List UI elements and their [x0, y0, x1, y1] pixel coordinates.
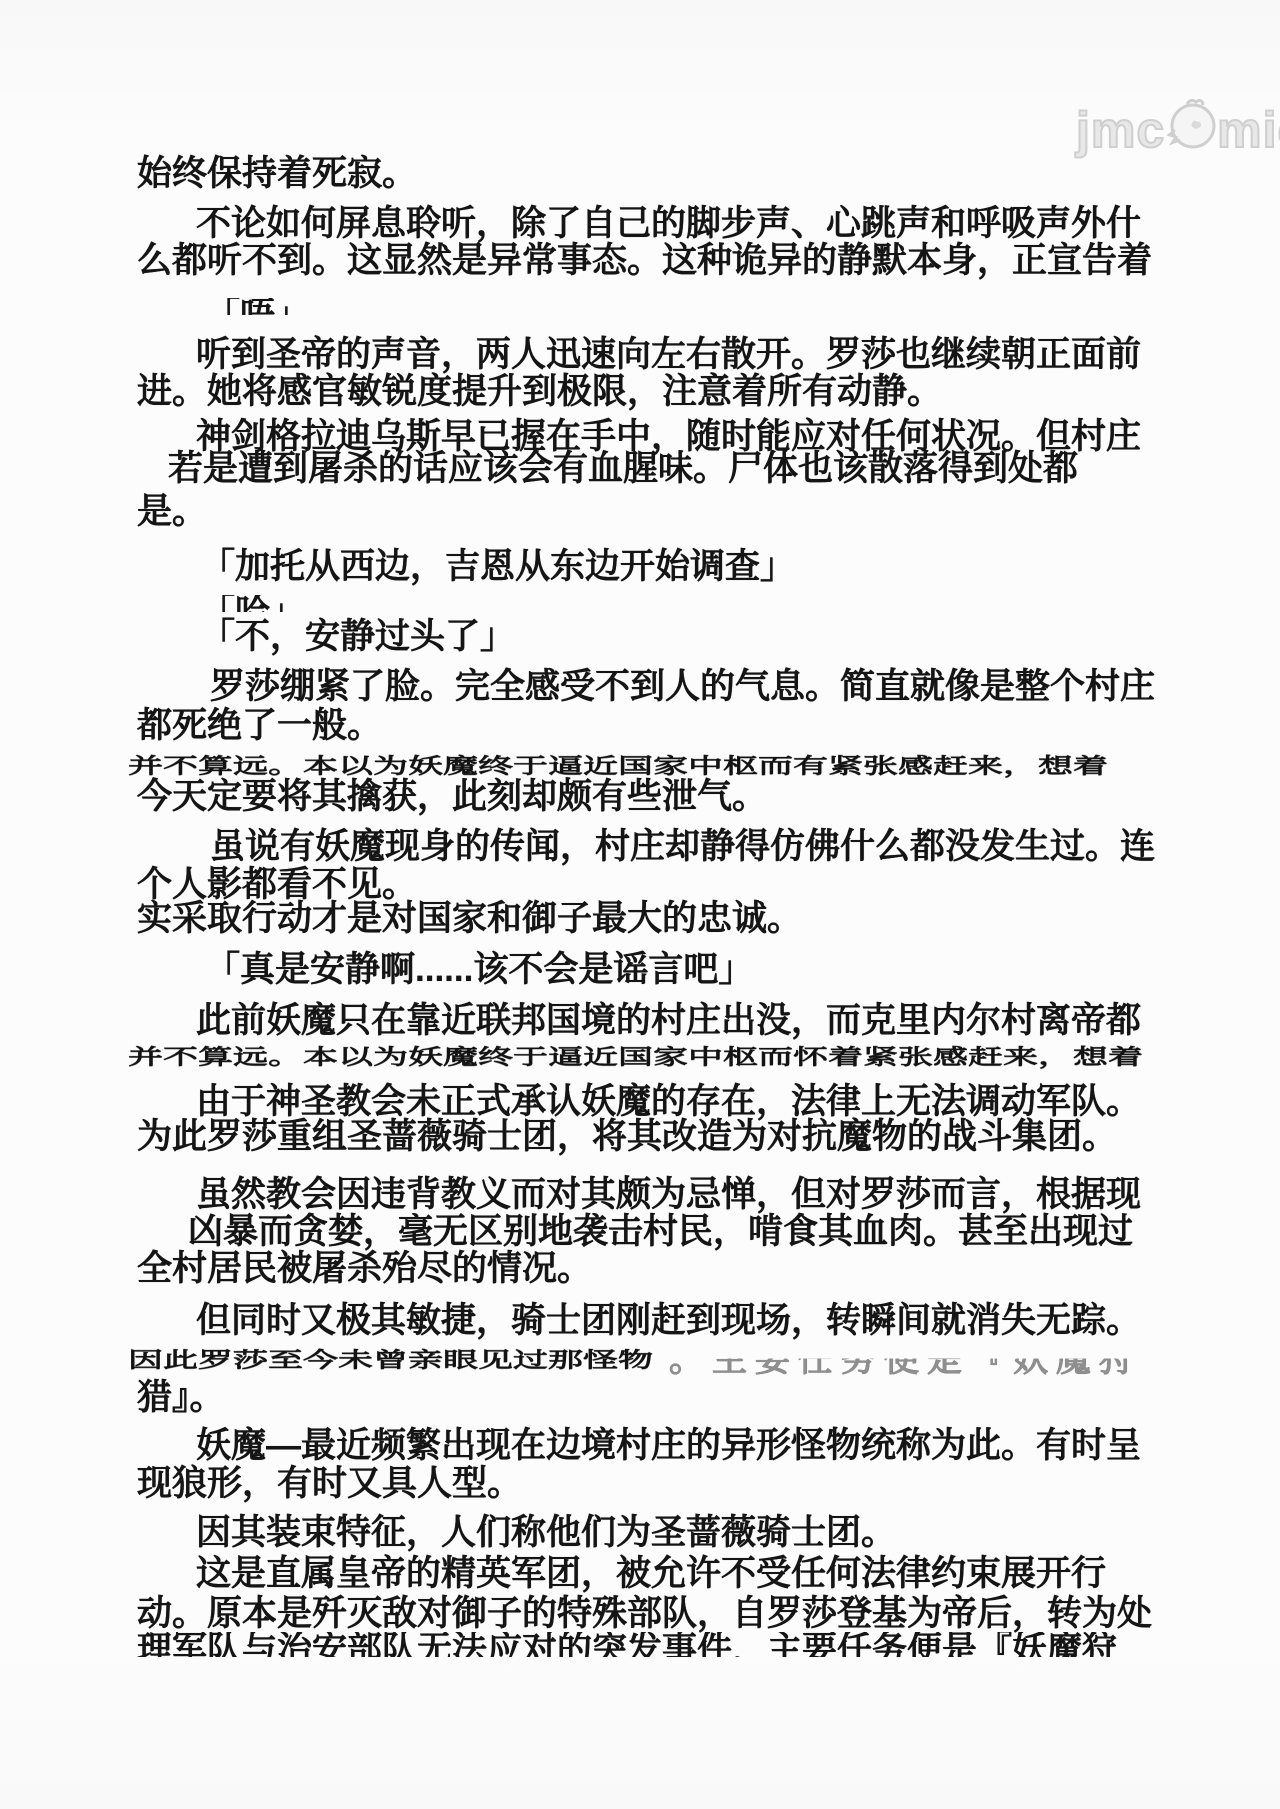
text-line: 但同时又极其敏捷，骑士团刚赶到现场，转瞬间就消失无踪。 [196, 1303, 1141, 1338]
text-line: 「唔」 [205, 298, 310, 315]
text-line: 并不算远。本以为妖魔终于逼近国家中枢而怀着紧张感赶来，想着 [128, 1039, 1143, 1074]
text-line: 动。原本是歼灭敌对御子的特殊部队，自罗莎登基为帝后，转为处 [137, 1596, 1152, 1631]
text-line: 凶暴而贪婪，毫无区别地袭击村民，啃食其血肉。甚至出现过 [188, 1214, 1133, 1249]
text-line: 因此罗莎至今未曾亲眼见过那怪物。主要任务便是『妖魔狩 [128, 1342, 1142, 1377]
text-line: 猎』。 [137, 1380, 225, 1415]
text-line: 虽然教会因违背教义而对其颇为忌惮，但对罗莎而言，根据现 [196, 1177, 1141, 1212]
text-line: 实采取行动才是对国家和御子最大的忠诚。 [137, 901, 802, 936]
text-line: 因其装束特征，人们称他们为圣蔷薇骑士团。 [196, 1515, 896, 1550]
text-line: 若是遭到屠杀的话应该会有血腥味。尸体也该散落得到处都 [168, 451, 1078, 486]
text-line: 现狼形，有时又具人型。 [137, 1466, 522, 1501]
text-line: 是。 [137, 494, 207, 529]
text-line: 全村居民被屠杀殆尽的情况。 [137, 1251, 592, 1286]
text-line: 「加托从西边，吉恩从东边开始调查」 [200, 549, 795, 584]
text-line: 理军队与治安部队无法应对的突发事件，主要任务便是『妖魔狩 [137, 1632, 1117, 1657]
text-line: 由于神圣教会未正式承认妖魔的存在，法律上无法调动军队。 [196, 1084, 1141, 1119]
text-line: 听到圣帝的声音，两人迅速向左右散开。罗莎也继续朝正面前 [196, 337, 1141, 372]
text-line: 么都听不到。这显然是异常事态。这种诡异的静默本身，正宣告着 [137, 243, 1152, 278]
text-line: 「不，安静过头了」 [200, 619, 515, 654]
text-line: 个人影都看不见。 [137, 867, 417, 902]
text-line: 虽说有妖魔现身的传闻，村庄却静得仿佛什么都没发生过。连 [210, 829, 1155, 864]
text-line: 罗莎绷紧了脸。完全感受不到人的气息。简直就像是整个村庄 [210, 669, 1155, 704]
text-line: 「哈」 [200, 595, 305, 612]
text-line: 不论如何屏息聆听，除了自己的脚步声、心跳声和呼吸声外什 [196, 206, 1141, 241]
text-line: 始终保持着死寂。 [137, 156, 417, 191]
text-line: 为此罗莎重组圣蔷薇骑士团，将其改造为对抗魔物的战斗集团。 [137, 1119, 1117, 1154]
text-layer: 始终保持着死寂。不论如何屏息聆听，除了自己的脚步声、心跳声和呼吸声外什么都听不到… [0, 0, 1280, 1809]
text-line: 妖魔—最近频繁出现在边境村庄的异形怪物统称为此。有时呈 [196, 1428, 1141, 1463]
novel-page: jmc mic 始终保持着死寂。不论如何屏息聆听，除了自己的脚步声、心跳声和呼吸… [0, 0, 1280, 1809]
text-line: 「真是安静啊......该不会是谣言吧」 [205, 952, 753, 987]
text-line: 此前妖魔只在靠近联邦国境的村庄出没，而克里内尔村离帝都 [196, 1003, 1141, 1038]
text-line: 这是直属皇帝的精英军团，被允许不受任何法律约束展开行 [196, 1556, 1106, 1591]
text-line: 进。她将感官敏锐度提升到极限，注意着所有动静。 [137, 374, 942, 409]
ghost-text-fragment: 。主要任务便是『妖魔狩 [669, 1342, 1142, 1377]
text-line: 都死绝了一般。 [137, 708, 382, 743]
text-line: 今天定要将其擒获，此刻却颇有些泄气。 [137, 779, 767, 814]
